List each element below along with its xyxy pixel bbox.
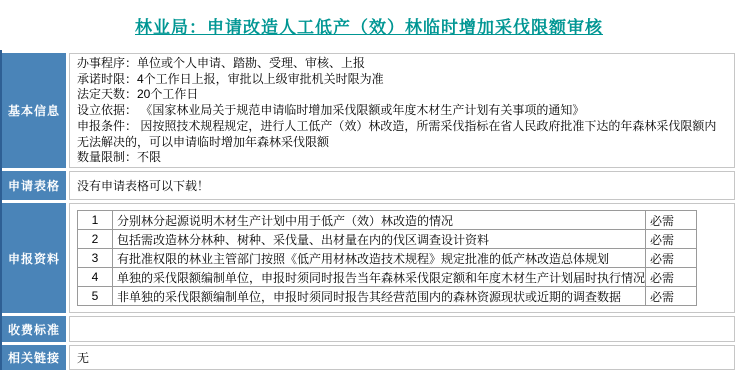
row-basic-info: 基本信息 办事程序：单位或个人申请、踏勘、受理、审核、上报 承诺时限：4个工作日… [2,53,735,168]
material-row-number: 4 [78,268,113,287]
section-label-fee-standard: 收费标准 [2,316,66,342]
basic-info-legal-days: 法定天数：20个工作日 [77,87,728,103]
material-row-description: 包括需改造林分林种、树种、采伐量、出材量在内的伐区调查设计资料 [113,230,646,249]
related-links-content: 无 [69,345,735,370]
row-related-links: 相关链接 无 [2,345,735,370]
material-row-required: 必需 [646,211,697,230]
materials-content: 1 分别林分起源说明木材生产计划中用于低产（效）林改造的情况 必需 2 包括需改… [69,203,735,313]
material-row: 1 分别林分起源说明木材生产计划中用于低产（效）林改造的情况 必需 [78,211,697,230]
material-row: 3 有批准权限的林业主管部门按照《低产用材林改造技术规程》规定批准的低产林改造总… [78,249,697,268]
basic-info-conditions: 申报条件： 因按照技术规程规定，进行人工低产（效）林改造，所需采伐指标在省人民政… [77,119,728,150]
application-form-content: 没有申请表格可以下载！ [69,171,735,200]
materials-table: 1 分别林分起源说明木材生产计划中用于低产（效）林改造的情况 必需 2 包括需改… [77,210,697,306]
material-row-description: 有批准权限的林业主管部门按照《低产用材林改造技术规程》规定批准的低产林改造总体规… [113,249,646,268]
section-label-application-form: 申请表格 [2,171,66,200]
page: 林业局：申请改造人工低产（效）林临时增加采伐限额审核 基本信息 办事程序：单位或… [0,0,738,370]
material-row: 5 非单独的采伐限额编制单位，申报时须同时报告其经营范围内的森林资源现状或近期的… [78,287,697,306]
material-row-required: 必需 [646,287,697,306]
material-row-required: 必需 [646,268,697,287]
material-row: 4 单独的采伐限额编制单位，申报时须同时报告当年森林采伐限定额和年度木材生产计划… [78,268,697,287]
row-fee-standard: 收费标准 [2,316,735,342]
material-row-number: 2 [78,230,113,249]
material-row-number: 5 [78,287,113,306]
basic-info-content: 办事程序：单位或个人申请、踏勘、受理、审核、上报 承诺时限：4个工作日上报，审批… [69,53,735,168]
material-row-description: 单独的采伐限额编制单位，申报时须同时报告当年森林采伐限定额和年度木材生产计划届时… [113,268,646,287]
material-row-description: 分别林分起源说明木材生产计划中用于低产（效）林改造的情况 [113,211,646,230]
material-row-required: 必需 [646,230,697,249]
basic-info-quantity-limit: 数量限制：不限 [77,150,728,166]
material-row-number: 3 [78,249,113,268]
section-label-related-links: 相关链接 [2,345,66,370]
material-row: 2 包括需改造林分林种、树种、采伐量、出材量在内的伐区调查设计资料 必需 [78,230,697,249]
basic-info-promise-time: 承诺时限：4个工作日上报，审批以上级审批机关时限为准 [77,72,728,88]
material-row-description: 非单独的采伐限额编制单位，申报时须同时报告其经营范围内的森林资源现状或近期的调查… [113,287,646,306]
basic-info-basis: 设立依据： 《国家林业局关于规范申请临时增加采伐限额或年度木材生产计划有关事项的… [77,103,728,119]
basic-info-procedure: 办事程序：单位或个人申请、踏勘、受理、审核、上报 [77,56,728,72]
section-label-basic-info: 基本信息 [2,53,66,168]
page-title-link[interactable]: 林业局：申请改造人工低产（效）林临时增加采伐限额审核 [135,13,603,38]
section-label-materials: 申报资料 [2,203,66,313]
fee-standard-content [69,316,735,342]
row-application-form: 申请表格 没有申请表格可以下载！ [2,171,735,200]
content-table: 基本信息 办事程序：单位或个人申请、踏勘、受理、审核、上报 承诺时限：4个工作日… [0,50,738,370]
title-bar: 林业局：申请改造人工低产（效）林临时增加采伐限额审核 [0,0,738,50]
row-materials: 申报资料 1 分别林分起源说明木材生产计划中用于低产（效）林改造的情况 必需 2… [2,203,735,313]
material-row-number: 1 [78,211,113,230]
material-row-required: 必需 [646,249,697,268]
